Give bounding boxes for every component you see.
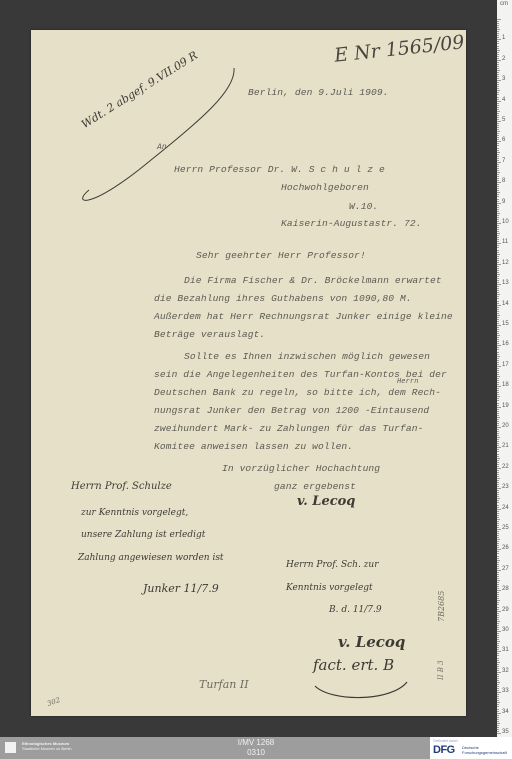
ruler-tick [497,39,501,40]
ruler-tick [497,309,499,310]
ruler-tick [497,174,499,175]
ruler-tick [497,564,499,565]
ruler-tick [497,543,499,544]
ruler-tick [497,303,499,304]
ruler-tick [497,417,500,418]
ruler-tick [497,313,499,314]
ruler-tick [497,631,501,632]
ruler-tick [497,27,499,28]
ruler-tick [497,407,501,408]
ruler-tick [497,458,500,459]
ruler-tick [497,86,499,87]
ruler-tick [497,203,501,204]
ruler-tick [497,354,499,355]
ruler-tick [497,723,500,724]
ruler-tick [497,551,499,552]
ruler-tick [497,713,501,714]
ruler-tick [497,721,499,722]
ruler-tick [497,439,499,440]
ruler-tick [497,139,499,140]
ruler-tick [497,427,501,428]
ruler-label: 12 [502,260,509,266]
ruler-tick [497,702,500,703]
ruler-tick [497,519,500,520]
ruler-tick [497,423,499,424]
ruler-label: 19 [502,403,509,409]
ruler-tick [497,484,499,485]
ruler-tick [497,239,499,240]
ruler-tick [497,90,500,91]
ruler-tick [497,52,499,53]
ruler-tick [497,46,499,47]
ruler-label: 27 [502,566,509,572]
ruler-tick [497,35,499,36]
ruler-tick [497,704,499,705]
ruler-label: 33 [502,688,509,694]
ruler-tick [497,727,499,728]
ruler-tick [497,268,499,269]
ruler-tick [497,609,499,610]
ruler-tick [497,266,499,267]
ruler-tick [497,129,499,130]
ruler-tick [497,464,499,465]
ruler-tick [497,325,501,326]
ruler-tick [497,25,499,26]
ruler-tick [497,235,499,236]
ruler-label: 24 [502,505,509,511]
ruler-label: 2 [502,56,505,62]
page-number: 0310 [200,748,312,758]
ruler-tick [497,190,499,191]
ruler-tick [497,127,499,128]
ruler-tick [497,578,499,579]
ruler-tick [497,352,499,353]
ruler-tick [497,449,499,450]
ruler-tick [497,111,500,112]
ruler-tick [497,731,499,732]
ruler-tick [497,323,499,324]
ruler-tick [497,119,499,120]
ruler-label: 31 [502,647,509,653]
ruler-tick [497,60,501,61]
ruler-label: 8 [502,178,505,184]
ruler-tick [497,331,499,332]
ruler-tick [497,647,499,648]
ruler-tick [497,613,499,614]
ruler-tick [497,682,500,683]
ruler-tick [497,58,499,59]
funder-caption: Gefördert durch [433,739,458,743]
ruler-tick [497,496,499,497]
ruler-tick [497,370,499,371]
ruler-tick [497,290,499,291]
ruler-tick [497,584,499,585]
ruler-tick [497,82,499,83]
ruler-tick [497,492,499,493]
ruler-tick [497,215,499,216]
ruler-tick [497,196,499,197]
ruler-tick [497,262,499,263]
ruler-tick [497,292,499,293]
ruler-tick [497,72,499,73]
ruler-label: 26 [502,545,509,551]
ruler-tick [497,494,499,495]
ruler-tick [497,97,499,98]
ruler-tick [497,643,499,644]
ruler-tick [497,711,499,712]
ruler-tick [497,415,499,416]
ruler-tick [497,466,499,467]
ruler-tick [497,339,499,340]
ruler-tick [497,245,499,246]
ruler-label: 16 [502,341,509,347]
ruler-tick [497,376,500,377]
ruler-tick [497,217,499,218]
ruler-label: 30 [502,627,509,633]
funder-name-line-2: Forschungsgemeinschaft [462,750,507,755]
ruler-tick [497,602,499,603]
fact-note-underline [31,30,466,716]
ruler-tick [497,345,501,346]
viewer-footer: Ethnologisches Museum Staatliche Museen … [0,737,512,759]
ruler-tick [497,460,499,461]
ruler-tick [497,658,499,659]
ruler-tick [497,288,499,289]
ruler-tick [497,521,499,522]
ruler-label: 34 [502,709,509,715]
ruler-tick [497,276,499,277]
ruler-tick [497,233,500,234]
institution-line-2: Staatliche Museen zu Berlin [22,746,72,751]
ruler-tick [497,611,501,612]
ruler-tick [497,219,499,220]
ruler-tick [497,500,499,501]
ruler-label: 1 [502,35,505,41]
dfg-logo: Gefördert durch DFG Deutsche Forschungsg… [430,737,512,759]
ruler-tick [497,560,500,561]
ruler-label: 20 [502,423,509,429]
ruler-tick [497,607,499,608]
ruler-tick [497,156,499,157]
ruler-tick [497,478,500,479]
side-stamp-small: II B 3 [437,660,445,680]
ruler-tick [497,368,499,369]
ruler-tick [497,637,499,638]
ruler-tick [497,221,499,222]
ruler-tick [497,88,499,89]
ruler-tick [497,247,499,248]
ruler-tick [497,507,499,508]
ruler-tick [497,678,499,679]
ruler-tick [497,372,499,373]
ruler-tick [497,672,501,673]
ruler-label: 22 [502,464,509,470]
ruler-tick [497,125,499,126]
ruler-tick [497,733,501,734]
ruler-tick [497,252,499,253]
ruler-tick [497,441,499,442]
ruler-tick [497,123,499,124]
ruler-label: 21 [502,443,509,449]
ruler-tick [497,515,499,516]
ruler-tick [497,547,499,548]
ruler-tick [497,152,500,153]
ruler-tick [497,70,500,71]
ruler-tick [497,94,499,95]
ruler-tick [497,676,499,677]
ruler-tick [497,349,499,350]
ruler-tick [497,105,499,106]
ruler-unit: cm [500,1,508,7]
ruler-tick [497,396,500,397]
ruler-tick [497,133,499,134]
ruler-tick [497,709,499,710]
ruler-tick [497,462,499,463]
ruler-tick [497,649,499,650]
ruler-tick [497,141,501,142]
ruler-tick [497,29,500,30]
ruler-tick [497,568,499,569]
ruler-tick [497,639,499,640]
ruler-tick [497,168,499,169]
ruler-tick [497,529,501,530]
inventory-info: I/MV 1268 0310 [200,738,312,758]
ruler-tick [497,435,499,436]
ruler-label: 4 [502,97,505,103]
ruler-tick [497,539,500,540]
ruler-tick [497,66,499,67]
ruler-tick [497,621,500,622]
ruler-tick [497,48,499,49]
ruler-tick [497,447,501,448]
ruler-tick [497,92,499,93]
ruler-label: 7 [502,158,505,164]
ruler-tick [497,662,500,663]
ruler-tick [497,307,499,308]
ruler-tick [497,158,499,159]
ruler-tick [497,570,501,571]
ruler-tick [497,517,499,518]
ruler-tick [497,509,501,510]
ruler-tick [497,398,499,399]
ruler-tick [497,178,499,179]
ruler-tick [497,523,499,524]
ruler-tick [497,566,499,567]
ruler-tick [497,633,499,634]
ruler-tick [497,694,499,695]
ruler-tick [497,23,499,24]
ruler-tick [497,335,500,336]
ruler-tick [497,502,499,503]
ruler-tick [497,137,499,138]
ruler-tick [497,205,499,206]
ruler-tick [497,19,501,20]
ruler-tick [497,586,499,587]
ruler-tick [497,445,499,446]
ruler-tick [497,641,500,642]
ruler-tick [497,680,499,681]
museum-logo-icon [5,742,16,753]
ruler-tick [497,409,499,410]
ruler-tick [497,433,499,434]
ruler-tick [497,301,499,302]
ruler-tick [497,260,499,261]
ruler-tick [497,688,499,689]
ruler-tick [497,525,499,526]
ruler-tick [497,549,501,550]
ruler-tick [497,390,499,391]
ruler-tick [497,298,499,299]
ruler-tick [497,188,499,189]
ruler-tick [497,715,499,716]
ruler-tick [497,21,499,22]
ruler-tick [497,580,500,581]
ruler-tick [497,684,499,685]
ruler-tick [497,490,499,491]
ruler-tick [497,343,499,344]
ruler-tick [497,241,499,242]
ruler-tick [497,623,499,624]
ruler-tick [497,164,499,165]
ruler-tick [497,533,499,534]
ruler-tick [497,364,499,365]
ruler-tick [497,145,499,146]
ruler-tick [497,505,499,506]
ruler-tick [497,556,499,557]
ruler-tick [497,425,499,426]
ruler-tick [497,329,499,330]
ruler-label: 5 [502,117,505,123]
ruler-tick [497,617,499,618]
ruler-tick [497,237,499,238]
ruler-tick [497,78,499,79]
ruler-tick [497,341,499,342]
ruler-tick [497,719,499,720]
ruler-tick [497,74,499,75]
ruler-tick [497,43,499,44]
ruler-tick [497,537,499,538]
ruler-tick [497,437,500,438]
ruler-tick [497,101,501,102]
ruler-tick [497,629,499,630]
ruler-tick [497,162,501,163]
ruler-tick [497,686,499,687]
ruler-tick [497,150,499,151]
scan-background: E Nr 1565/09 Wdt. 2 abgef. 9.VII.09 R Be… [0,0,497,737]
letter-page: E Nr 1565/09 Wdt. 2 abgef. 9.VII.09 R Be… [31,30,466,716]
ruler-tick [497,321,499,322]
ruler-tick [497,400,499,401]
ruler-tick [497,472,499,473]
ruler-tick [497,651,501,652]
ruler-tick [497,421,499,422]
ruler-tick [497,392,499,393]
ruler-tick [497,315,500,316]
ruler-tick [497,68,499,69]
ruler-tick [497,184,499,185]
ruler-tick [497,454,499,455]
ruler-label: 14 [502,301,509,307]
ruler-tick [497,692,501,693]
centimeter-ruler: cm 1234567891011121314151617181920212223… [497,0,512,737]
ruler-tick [497,37,499,38]
ruler-tick [497,625,499,626]
ruler-tick [497,666,499,667]
ruler-tick [497,698,499,699]
ruler-tick [497,574,499,575]
ruler-tick [497,604,499,605]
ruler-label: 11 [502,239,508,245]
ruler-tick [497,256,499,257]
ruler-tick [497,294,500,295]
ruler-tick [497,143,499,144]
ruler-tick [497,113,499,114]
ruler-tick [497,209,499,210]
ruler-tick [497,380,499,381]
ruler-tick [497,674,499,675]
ruler-tick [497,56,499,57]
ruler-label: 15 [502,321,509,327]
ruler-tick [497,41,499,42]
ruler-tick [497,572,499,573]
ruler-label: 6 [502,137,505,143]
ruler-tick [497,80,501,81]
ruler-tick [497,211,499,212]
ruler-tick [497,627,499,628]
ruler-tick [497,592,499,593]
ruler-tick [497,419,499,420]
ruler-tick [497,468,501,469]
ruler-tick [497,386,501,387]
ruler-tick [497,653,499,654]
ruler-tick [497,284,501,285]
ruler-tick [497,590,501,591]
ruler-tick [497,305,501,306]
ruler-tick [497,131,500,132]
ruler-tick [497,725,499,726]
ruler-label: 35 [502,729,509,735]
ruler-tick [497,194,499,195]
ruler-tick [497,180,499,181]
ruler-label: 28 [502,586,509,592]
ruler-tick [497,482,499,483]
ruler-tick [497,337,499,338]
ruler-tick [497,527,499,528]
ruler-tick [497,388,499,389]
ruler-tick [497,176,499,177]
ruler-tick [497,645,499,646]
ruler-tick [497,582,499,583]
ruler-tick [497,201,499,202]
ruler-tick [497,207,499,208]
ruler-tick [497,54,499,55]
ruler-tick [497,229,499,230]
ruler-tick [497,319,499,320]
ruler-tick [497,729,499,730]
ruler-tick [497,166,499,167]
ruler-tick [497,274,500,275]
ruler-tick [497,600,500,601]
ruler-tick [497,250,499,251]
ruler-tick [497,619,499,620]
ruler-tick [497,280,499,281]
ruler-tick [497,64,499,65]
ruler-tick [497,227,499,228]
ruler-tick [497,278,499,279]
ruler-tick [497,282,499,283]
ruler-tick [497,103,499,104]
ruler-tick [497,498,500,499]
